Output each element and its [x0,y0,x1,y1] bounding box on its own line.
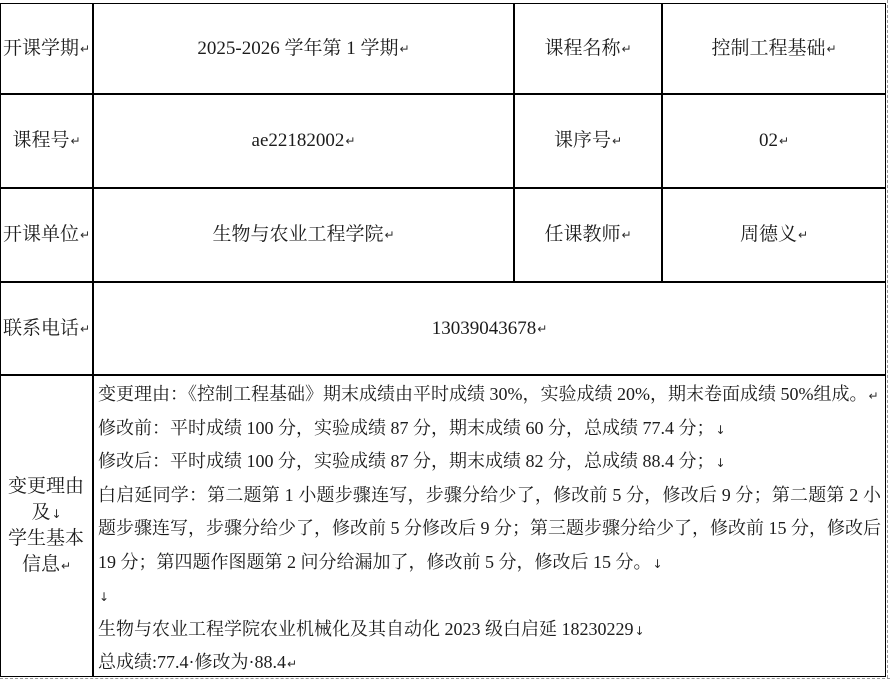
reason-paragraph: 总成绩:77.4·修改为·88.4↵ [98,646,881,677]
label-line-text: 变更理由 [8,476,84,497]
document-page: 开课学期↵ 2025-2026 学年第 1 学期↵ 课程名称↵ 控制工程基础↵ … [0,0,890,680]
label-change-reason: 变更理由 及↓ 学生基本 信息↵ [0,375,93,677]
value-course-name-text: 控制工程基础 [711,36,825,62]
reason-content: 变更理由：《控制工程基础》期末成绩由平时成绩 30%，实验成绩 20%，期末卷面… [93,375,886,677]
paragraph-mark-icon: ↵ [621,43,631,55]
label-line: 及↓ [8,500,85,526]
line-break-icon: ↓ [51,507,61,521]
label-line: 信息↵ [8,552,85,578]
value-offering-unit-text: 生物与农业工程学院 [212,222,383,248]
paragraph-mark-icon: ↵ [61,559,71,573]
label-line-text: 信息 [22,554,60,575]
label-semester-text: 开课学期 [3,36,79,62]
line-break-icon: ↓ [716,423,726,437]
paragraph-mark-icon: ↵ [779,135,789,147]
label-offering-unit-text: 开课单位 [3,222,79,248]
line-break-icon: ↓ [653,557,663,571]
label-line: 学生基本 [8,526,85,552]
paragraph-mark-icon: ↵ [537,323,547,335]
text-boundary-right [887,0,888,678]
label-class-serial: 课序号↵ [514,94,662,188]
value-class-serial-text: 02 [759,128,778,154]
paragraph-mark-icon: ↵ [384,229,394,241]
label-change-reason-lines: 变更理由 及↓ 学生基本 信息↵ [8,474,85,578]
reason-paragraph: 生物与农业工程学院农业机械化及其自动化 2023 级白启延 18230229↓ [98,613,881,647]
reason-paragraph: 修改后：平时成绩 100 分，实验成绩 87 分，期末成绩 82 分，总成绩 8… [98,445,881,479]
line-break-icon: ↓ [99,590,109,604]
paragraph-mark-icon: ↵ [826,43,836,55]
value-offering-unit: 生物与农业工程学院↵ [93,188,514,282]
paragraph-mark-icon: ↵ [798,229,808,241]
value-semester: 2025-2026 学年第 1 学期↵ [93,3,514,94]
reason-paragraph: 白启延同学：第二题第 1 小题步骤连写，步骤分给少了，修改前 5 分，修改后 9… [98,479,881,580]
reason-paragraph: 变更理由：《控制工程基础》期末成绩由平时成绩 30%，实验成绩 20%，期末卷面… [98,378,881,412]
label-line-text: 学生基本 [8,528,84,549]
reason-paragraph-text: 生物与农业工程学院农业机械化及其自动化 2023 级白启延 18230229 [98,619,634,639]
reason-paragraph-text: 修改后：平时成绩 100 分，实验成绩 87 分，期末成绩 82 分，总成绩 8… [98,451,715,471]
label-phone: 联系电话↵ [0,282,93,375]
paragraph-mark-icon: ↵ [345,135,355,147]
value-phone: 13039043678↵ [93,282,886,375]
reason-paragraph: ↓ [98,579,881,613]
label-teacher-text: 任课教师 [544,222,620,248]
paragraph-mark-icon: ↵ [80,323,90,335]
reason-paragraph-text: 白启延同学：第二题第 1 小题步骤连写，步骤分给少了，修改前 5 分，修改后 9… [98,485,881,572]
reason-paragraph: 修改前：平时成绩 100 分，实验成绩 87 分，期末成绩 60 分，总成绩 7… [98,412,881,446]
paragraph-mark-icon: ↵ [80,229,90,241]
label-course-no-text: 课程号 [12,128,69,154]
label-course-no: 课程号↵ [0,94,93,188]
label-course-name: 课程名称↵ [514,3,662,94]
reason-paragraph-text: 变更理由：《控制工程基础》期末成绩由平时成绩 30%，实验成绩 20%，期末卷面… [98,384,867,404]
paragraph-mark-icon: ↵ [868,389,878,403]
value-teacher: 周德义↵ [662,188,886,282]
line-break-icon: ↓ [635,624,645,638]
reason-paragraph-text: 修改前：平时成绩 100 分，实验成绩 87 分，期末成绩 60 分，总成绩 7… [98,418,715,438]
label-phone-text: 联系电话 [3,316,79,342]
label-class-serial-text: 课序号 [554,128,611,154]
grade-change-form-table: 开课学期↵ 2025-2026 学年第 1 学期↵ 课程名称↵ 控制工程基础↵ … [0,3,886,677]
line-break-icon: ↓ [716,456,726,470]
paragraph-mark-icon: ↵ [287,657,297,671]
value-course-no: ae22182002↵ [93,94,514,188]
label-offering-unit: 开课单位↵ [0,188,93,282]
reason-paragraph-text: 总成绩:77.4·修改为·88.4 [98,652,286,672]
paragraph-mark-icon: ↵ [70,135,80,147]
label-semester: 开课学期↵ [0,3,93,94]
paragraph-mark-icon: ↵ [621,229,631,241]
label-line: 变更理由 [8,474,85,500]
value-class-serial: 02↵ [662,94,886,188]
label-course-name-text: 课程名称 [544,36,620,62]
value-course-name: 控制工程基础↵ [662,3,886,94]
value-semester-text: 2025-2026 学年第 1 学期 [197,36,398,62]
text-boundary-bottom [0,678,890,679]
paragraph-mark-icon: ↵ [80,43,90,55]
paragraph-mark-icon: ↵ [400,43,410,55]
label-teacher: 任课教师↵ [514,188,662,282]
value-phone-text: 13039043678 [432,316,537,342]
value-teacher-text: 周德义 [740,222,797,248]
paragraph-mark-icon: ↵ [612,135,622,147]
label-line-text: 及 [31,502,50,523]
value-course-no-text: ae22182002 [252,128,345,154]
